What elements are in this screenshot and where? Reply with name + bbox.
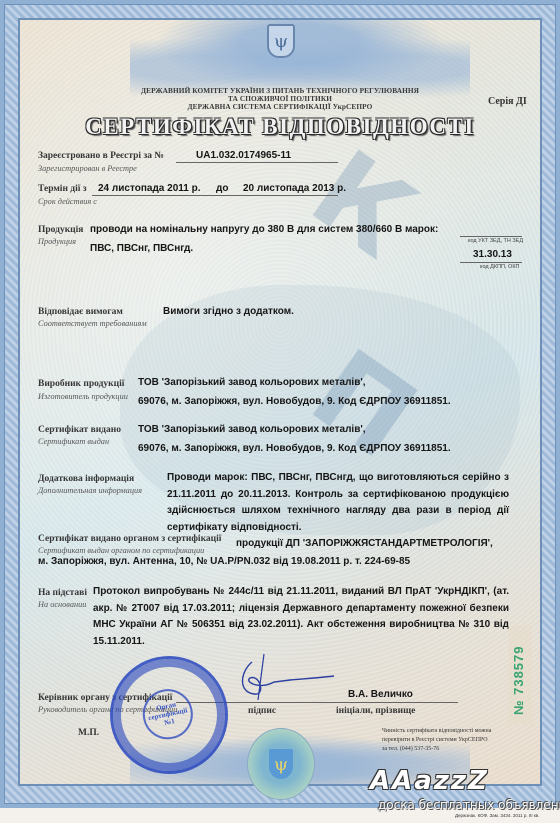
validity-from: 24 листопада 2011 р. <box>98 183 201 194</box>
underline <box>92 195 338 196</box>
validity-to-label: до <box>216 183 228 194</box>
hologram-emblem: ψ <box>247 728 315 800</box>
product-code: 31.30.13 <box>473 249 512 260</box>
code-caption-bottom: код ДКПП, ОКП <box>480 264 519 270</box>
manufacturer-label-ru: Изготовитель продукции <box>38 392 128 401</box>
trident-icon: ψ <box>269 749 293 779</box>
underline <box>176 162 338 163</box>
product-brands: ПВС, ПВСнг, ПВСнгд. <box>90 243 193 254</box>
manufacturer-address: 69076, м. Запоріжжя, вул. Новобудов, 9. … <box>138 396 451 407</box>
underline <box>460 236 522 237</box>
verification-note-3: за тел. (044) 537-35-76 <box>382 746 439 752</box>
manufacturer-label: Виробник продукції <box>38 379 124 389</box>
certification-body-address: м. Запоріжжя, вул. Антенна, 10, № UA.P/P… <box>38 556 410 567</box>
site-watermark-logo: AAazzZ <box>370 766 489 796</box>
issued-to-name: ТОВ 'Запорізький завод кольорових металі… <box>138 424 366 435</box>
validity-label: Термін дії з <box>38 184 87 194</box>
certification-body-label: Сертифікат видано органом з сертифікації <box>38 534 221 544</box>
registration-number: UA1.032.0174965-11 <box>196 150 291 161</box>
underline <box>460 262 522 263</box>
stamp-center-text: Орган сертифікації №1 <box>138 685 197 744</box>
seal-caption: М.П. <box>78 728 99 738</box>
issued-to-label: Сертифікат видано <box>38 425 121 435</box>
signatory-name: В.А. Величко <box>348 689 413 700</box>
additional-info-text: Проводи марок: ПВС, ПВСнг, ПВСнгд, що ви… <box>167 470 509 536</box>
code-caption-top: код УКТ ЗЕД, ТН ЗЕД <box>468 238 523 244</box>
issuer-line-3: ДЕРЖАВНА СИСТЕМА СЕРТИФІКАЦІЇ УкрСЕПРО <box>0 102 560 111</box>
name-caption: ініціали, прізвище <box>336 706 415 716</box>
signature-scribble <box>230 652 340 702</box>
requirements-label-ru: Соответствует требованиям <box>38 319 147 328</box>
print-info: Держзнак. КОФ. Зам. 3434. 2011 р. III кв… <box>455 813 539 818</box>
additional-info-label: Додаткова інформація <box>38 474 134 484</box>
certification-body-name: продукції ДП 'ЗАПОРІЖЖЯСТАНДАРТМЕТРОЛОГІ… <box>236 538 493 549</box>
trident-icon: ψ <box>267 24 295 58</box>
site-watermark-tagline: доска бесплатных объявлений <box>378 798 560 812</box>
signature-caption: підпис <box>248 706 276 716</box>
basis-text: Протокол випробувань № 244с/11 від 21.11… <box>93 584 509 650</box>
registration-label-ru: Зарегистрирован в Реестре <box>38 164 137 173</box>
certificate: К П ψ ДЕРЖАВНИЙ КОМІТЕТ УКРАЇНИ З ПИТАНЬ… <box>0 0 560 808</box>
basis-label: На підставі <box>38 588 87 598</box>
product-label-ru: Продукция <box>38 237 76 246</box>
validity-to: 20 листопада 2013 р. <box>243 183 346 194</box>
product-label: Продукція <box>38 225 83 235</box>
series-label: Серія ДІ <box>488 96 527 107</box>
issued-to-address: 69076, м. Запоріжжя, вул. Новобудов, 9. … <box>138 443 451 454</box>
verification-note-2: перевірити в Реєстрі системи УкрСЕПРО <box>382 737 488 743</box>
product-description: проводи на номінальну напругу до 380 В д… <box>90 224 438 235</box>
additional-info-label-ru: Дополнительная информация <box>38 486 142 495</box>
document-title: СЕРТИФІКАТ ВІДПОВІДНОСТІ <box>0 114 560 140</box>
issued-to-label-ru: Сертификат выдан <box>38 437 109 446</box>
certification-body-label-ru: Сертификат выдан органом по сертификации <box>38 546 204 555</box>
validity-label-ru: Срок действия с <box>38 197 97 206</box>
manufacturer-name: ТОВ 'Запорізький завод кольорових металі… <box>138 377 366 388</box>
serial-number: № 738579 <box>511 615 526 715</box>
registration-label: Зареєстровано в Реєстрі за № <box>38 151 164 161</box>
basis-label-ru: На основании <box>38 600 86 609</box>
requirements-label: Відповідає вимогам <box>38 307 123 317</box>
requirements-value: Вимоги згідно з додатком. <box>163 306 294 317</box>
verification-note-1: Чинність сертифіката відповідності можна <box>382 728 491 734</box>
